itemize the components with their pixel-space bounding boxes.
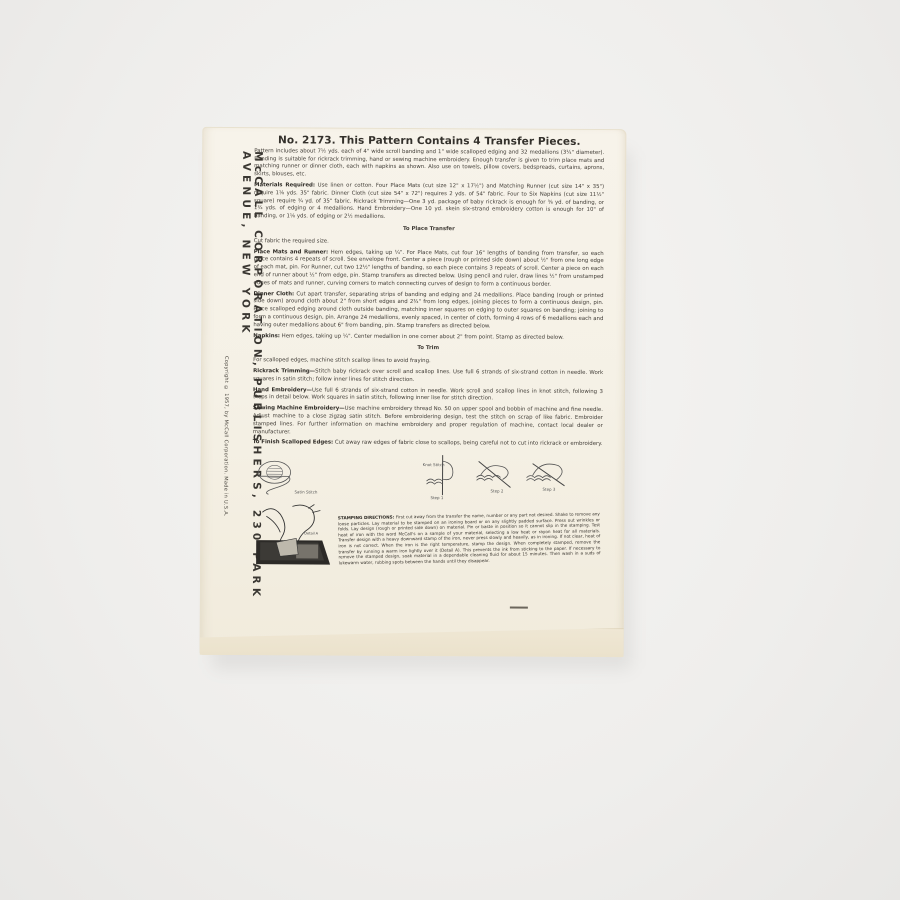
place-mats-paragraph: Place Mats and Runner: Hem edges, taking…	[254, 249, 604, 290]
stamping-text: First cut away from the transfer the nam…	[338, 511, 601, 565]
stamping-directions: STAMPING DIRECTIONS: First cut away from…	[338, 511, 601, 565]
hand-embroidery-paragraph: Hand Embroidery—Use full 6 strands of si…	[253, 387, 603, 404]
hand-embroidery-label: Hand Embroidery—	[253, 387, 312, 393]
machine-embroidery-label: Sewing Machine Embroidery—	[253, 405, 345, 411]
copyright-notice: Copyright © 1957, by McCall Corporation.…	[222, 356, 229, 517]
rickrack-label: Rickrack Trimming—	[253, 368, 315, 374]
napkins-label: Napkins:	[253, 333, 280, 339]
dinner-cloth-text: Cut apart transfer, separating strips of…	[253, 291, 603, 329]
envelope-bottom-flap	[200, 626, 624, 657]
to-trim-heading: To Trim	[253, 344, 603, 354]
finish-edges-text: Cut away raw edges of fabric close to sc…	[335, 440, 602, 447]
materials-paragraph: Materials Required: Use linen or cotton.…	[254, 182, 604, 223]
place-mats-label: Place Mats and Runner:	[254, 249, 328, 255]
detail-a-label: Detail A	[304, 532, 318, 536]
finish-edges-label: To Finish Scalloped Edges:	[253, 439, 333, 445]
finish-edges-paragraph: To Finish Scalloped Edges: Cut away raw …	[253, 439, 603, 449]
pattern-envelope: McCALL CORPORATION, PUBLISHERS, 230 PARK…	[200, 127, 627, 657]
printed-mark	[510, 607, 528, 609]
dinner-cloth-label: Dinner Cloth:	[253, 291, 294, 297]
knot-stitch-step1-icon	[424, 453, 460, 497]
napkins-text: Hem edges, taking up ¼". Center medallio…	[282, 333, 564, 340]
cut-fabric-paragraph: Cut fabric the required size.	[254, 238, 604, 248]
knot-stitch-step2-icon	[474, 457, 516, 491]
to-place-transfer-heading: To Place Transfer	[254, 225, 604, 235]
step-2-label: Step 2	[490, 488, 503, 496]
step-1-label: Step 1	[430, 494, 443, 502]
intro-paragraph: Pattern includes about 7½ yds. each of 4…	[254, 148, 604, 181]
iron-transfer-illustration: Detail A	[252, 502, 336, 568]
materials-label: Materials Required:	[254, 182, 315, 188]
satin-stitch-label: Satin Stitch	[294, 488, 317, 496]
dinner-cloth-paragraph: Dinner Cloth: Cut apart transfer, separa…	[253, 291, 603, 332]
stamping-section: Detail A STAMPING DIRECTIONS: First cut …	[252, 502, 602, 572]
step-3-label: Step 3	[542, 486, 555, 494]
trim-intro-paragraph: For scalloped edges, machine stitch scal…	[253, 357, 603, 367]
stitch-illustrations: Satin Stitch Knot Stitch Step 1 Step 2	[252, 450, 602, 504]
machine-embroidery-paragraph: Sewing Machine Embroidery—Use machine em…	[253, 405, 603, 438]
pattern-title: No. 2173. This Pattern Contains 4 Transf…	[254, 137, 604, 147]
napkins-paragraph: Napkins: Hem edges, taking up ¼". Center…	[253, 333, 603, 343]
instructions-body: No. 2173. This Pattern Contains 4 Transf…	[252, 137, 604, 572]
rickrack-paragraph: Rickrack Trimming—Stitch baby rickrack o…	[253, 368, 603, 385]
